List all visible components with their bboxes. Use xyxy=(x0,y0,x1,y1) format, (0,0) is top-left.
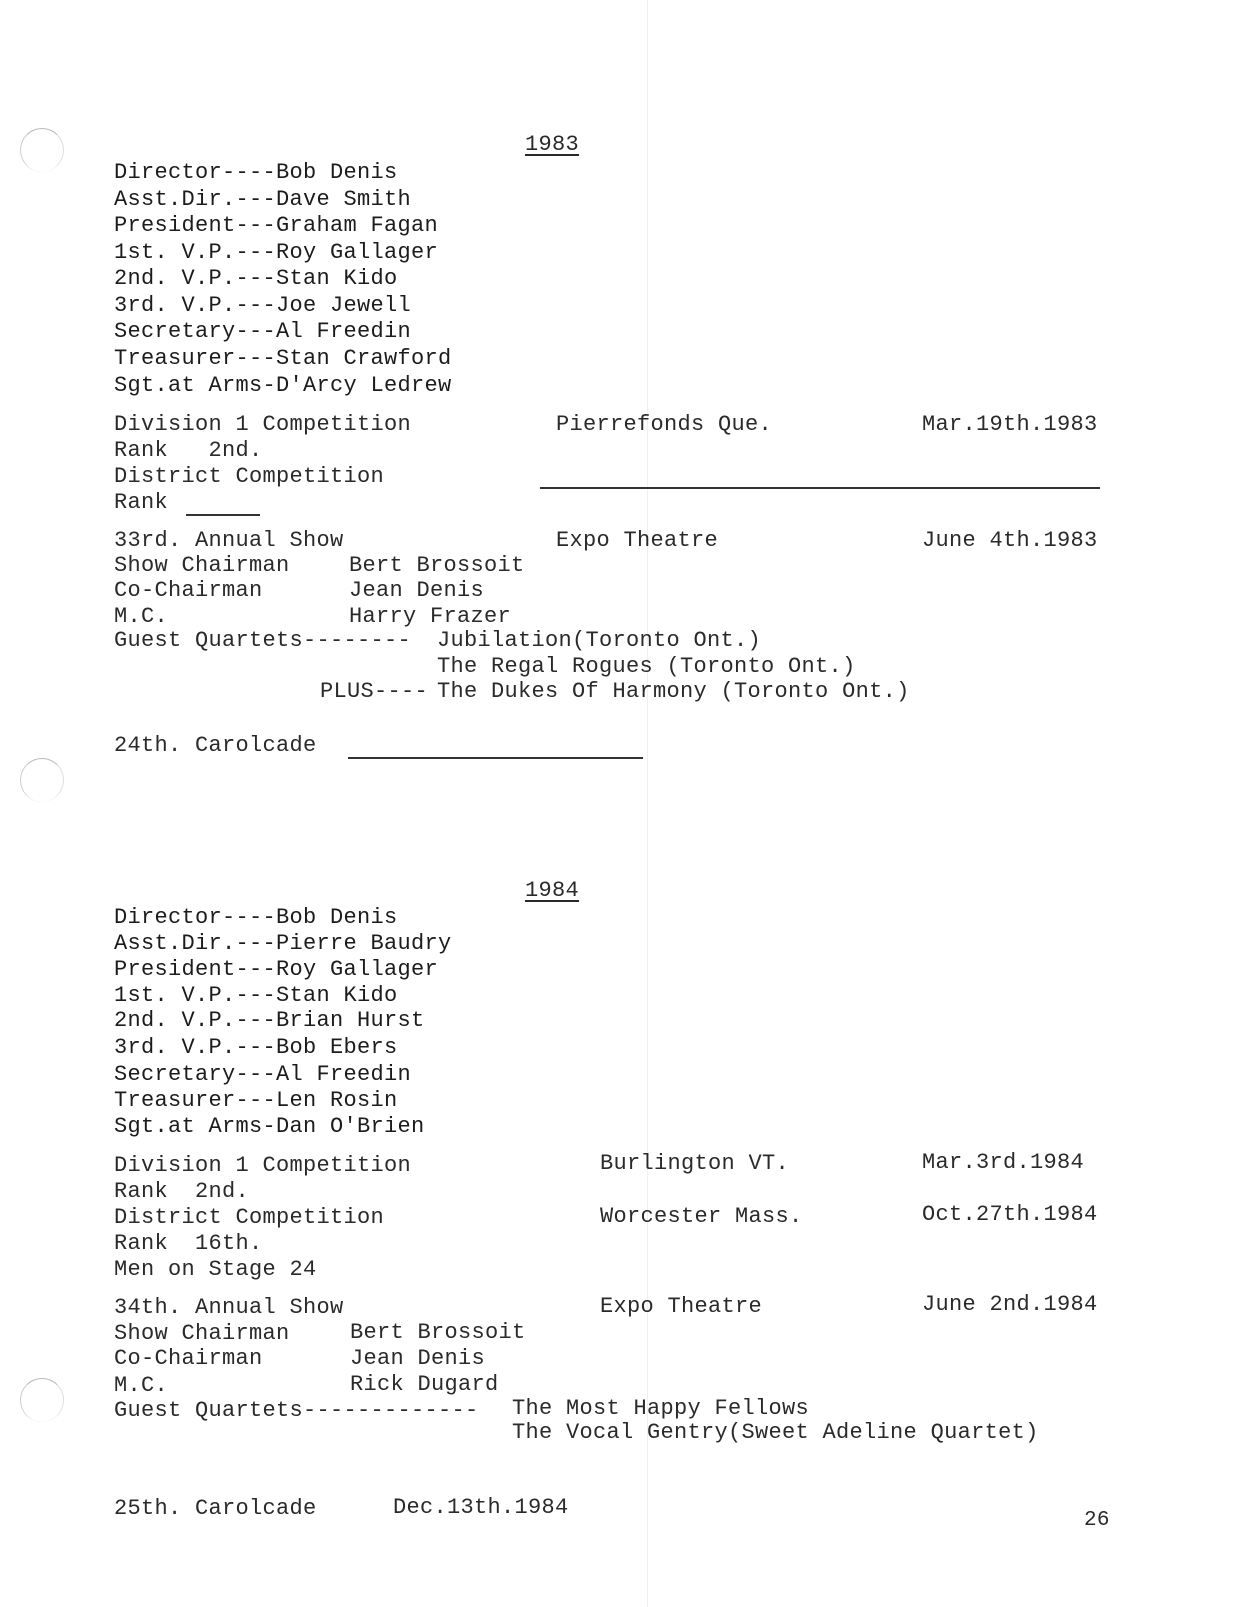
officer-line: 3rd. V.P.---Joe Jewell xyxy=(114,293,411,319)
district-location: Worcester Mass. xyxy=(600,1204,803,1230)
show-venue: Expo Theatre xyxy=(556,528,718,554)
plus-label: PLUS---- xyxy=(320,679,428,705)
carolcade-label: 25th. Carolcade xyxy=(114,1496,317,1522)
show-chairman-label: Show Chairman xyxy=(114,1321,290,1347)
officer-line: Treasurer---Stan Crawford xyxy=(114,346,452,372)
district-label: District Competition xyxy=(114,464,384,490)
carolcade-date: Dec.13th.1984 xyxy=(393,1495,569,1521)
show-chairman-label: Show Chairman xyxy=(114,553,290,579)
district-rank-blank xyxy=(186,514,260,516)
guest-quartets-label: Guest Quartets-------- xyxy=(114,628,411,654)
scan-fold-line xyxy=(647,0,648,1607)
year-heading: 1983 xyxy=(525,132,579,158)
carolcade-label: 24th. Carolcade xyxy=(114,733,317,759)
punch-hole-middle xyxy=(20,758,64,802)
men-on-stage: Men on Stage 24 xyxy=(114,1257,317,1283)
division-rank: Rank 2nd. xyxy=(114,1179,249,1205)
officer-line: Secretary---Al Freedin xyxy=(114,319,411,345)
mc: Harry Frazer xyxy=(349,604,511,630)
division-location: Burlington VT. xyxy=(600,1151,789,1177)
cochair: Jean Denis xyxy=(350,1346,485,1372)
officer-line: Director----Bob Denis xyxy=(114,905,398,931)
officer-line: 2nd. V.P.---Stan Kido xyxy=(114,266,398,292)
mc-label: M.C. xyxy=(114,604,168,630)
officer-line: 3rd. V.P.---Bob Ebers xyxy=(114,1035,398,1061)
division-date: Mar.3rd.1984 xyxy=(922,1150,1084,1176)
officer-line: Asst.Dir.---Pierre Baudry xyxy=(114,931,452,957)
show-title: 34th. Annual Show xyxy=(114,1295,344,1321)
officer-line: 2nd. V.P.---Brian Hurst xyxy=(114,1008,425,1034)
punch-hole-bottom xyxy=(20,1378,64,1422)
mc-label: M.C. xyxy=(114,1373,168,1399)
officer-line: Sgt.at Arms-Dan O'Brien xyxy=(114,1114,425,1140)
guest-quartet-plus: The Dukes Of Harmony (Toronto Ont.) xyxy=(437,679,910,705)
division-rank: Rank 2nd. xyxy=(114,438,263,464)
show-title: 33rd. Annual Show xyxy=(114,528,344,554)
year-heading: 1984 xyxy=(525,878,579,904)
division-label: Division 1 Competition xyxy=(114,412,411,438)
punch-hole-top xyxy=(20,128,64,172)
page-number: 26 xyxy=(1084,1508,1110,1534)
district-rank: Rank xyxy=(114,490,168,516)
cochair-label: Co-Chairman xyxy=(114,1346,263,1372)
division-label: Division 1 Competition xyxy=(114,1153,411,1179)
show-venue: Expo Theatre xyxy=(600,1294,762,1320)
officer-line: Secretary---Al Freedin xyxy=(114,1062,411,1088)
officer-line: Sgt.at Arms-D'Arcy Ledrew xyxy=(114,373,452,399)
officer-line: President---Graham Fagan xyxy=(114,213,438,239)
guest-quartet: The Regal Rogues (Toronto Ont.) xyxy=(437,654,856,680)
show-date: June 2nd.1984 xyxy=(922,1292,1098,1318)
officer-line: 1st. V.P.---Roy Gallager xyxy=(114,240,438,266)
guest-quartet: The Vocal Gentry(Sweet Adeline Quartet) xyxy=(512,1420,1039,1446)
district-date: Oct.27th.1984 xyxy=(922,1202,1098,1228)
officer-line: President---Roy Gallager xyxy=(114,957,438,983)
district-blank-line xyxy=(540,487,1100,489)
show-chairman: Bert Brossoit xyxy=(350,1320,526,1346)
guest-quartet: The Most Happy Fellows xyxy=(512,1396,809,1422)
show-chairman: Bert Brossoit xyxy=(349,553,525,579)
district-rank: Rank 16th. xyxy=(114,1231,263,1257)
district-label: District Competition xyxy=(114,1205,384,1231)
guest-quartet: Jubilation(Toronto Ont.) xyxy=(437,628,761,654)
cochair: Jean Denis xyxy=(349,578,484,604)
division-date: Mar.19th.1983 xyxy=(922,412,1098,438)
carolcade-blank-line xyxy=(348,757,643,759)
cochair-label: Co-Chairman xyxy=(114,578,263,604)
division-location: Pierrefonds Que. xyxy=(556,412,772,438)
officer-line: Director----Bob Denis xyxy=(114,160,398,186)
officer-line: Asst.Dir.---Dave Smith xyxy=(114,187,411,213)
show-date: June 4th.1983 xyxy=(922,528,1098,554)
guest-quartets-label: Guest Quartets------------- xyxy=(114,1398,479,1424)
officer-line: 1st. V.P.---Stan Kido xyxy=(114,983,398,1009)
officer-line: Treasurer---Len Rosin xyxy=(114,1088,398,1114)
mc: Rick Dugard xyxy=(350,1372,499,1398)
